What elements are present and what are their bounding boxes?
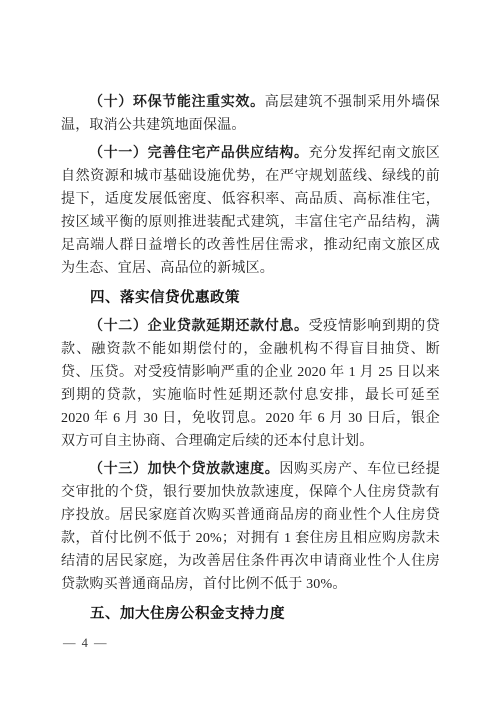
section-heading-four: 四、落实信贷优惠政策 [61, 287, 440, 310]
paragraph-item-10: （十）环保节能注重实效。高层建筑不强制采用外墙保温，取消公共建筑地面保温。 [61, 91, 440, 137]
paragraph-11-lead: （十一）完善住宅产品供应结构。 [89, 146, 309, 161]
paragraph-12-lead: （十二）企业贷款延期还款付息。 [89, 319, 309, 334]
section-heading-five: 五、加大住房公积金支持力度 [61, 603, 440, 626]
paragraph-10-lead: （十）环保节能注重实效。 [89, 95, 265, 110]
paragraph-item-11: （十一）完善住宅产品供应结构。充分发挥纪南文旅区自然资源和城市基础设施优势，在严… [61, 142, 440, 280]
document-page: （十）环保节能注重实效。高层建筑不强制采用外墙保温，取消公共建筑地面保温。 （十… [0, 0, 500, 707]
paragraph-item-13: （十三）加快个贷放款速度。因购买房产、车位已经提交审批的个贷，银行要加快放款速度… [61, 458, 440, 596]
paragraph-13-text: 因购买房产、车位已经提交审批的个贷，银行要加快放款速度，保障个人住房贷款有序投放… [61, 462, 440, 592]
paragraph-13-lead: （十三）加快个贷放款速度。 [89, 462, 279, 477]
paragraph-11-text: 充分发挥纪南文旅区自然资源和城市基础设施优势，在严守规划蓝线、绿线的前提下，适度… [61, 146, 440, 276]
paragraph-item-12: （十二）企业贷款延期还款付息。受疫情影响到期的贷款、融资款不能如期偿付的，金融机… [61, 315, 440, 453]
paragraph-12-text: 受疫情影响到期的贷款、融资款不能如期偿付的，金融机构不得盲目抽贷、断贷、压贷。对… [61, 319, 440, 449]
document-body: （十）环保节能注重实效。高层建筑不强制采用外墙保温，取消公共建筑地面保温。 （十… [61, 91, 440, 626]
page-number: — 4 — [63, 636, 108, 650]
